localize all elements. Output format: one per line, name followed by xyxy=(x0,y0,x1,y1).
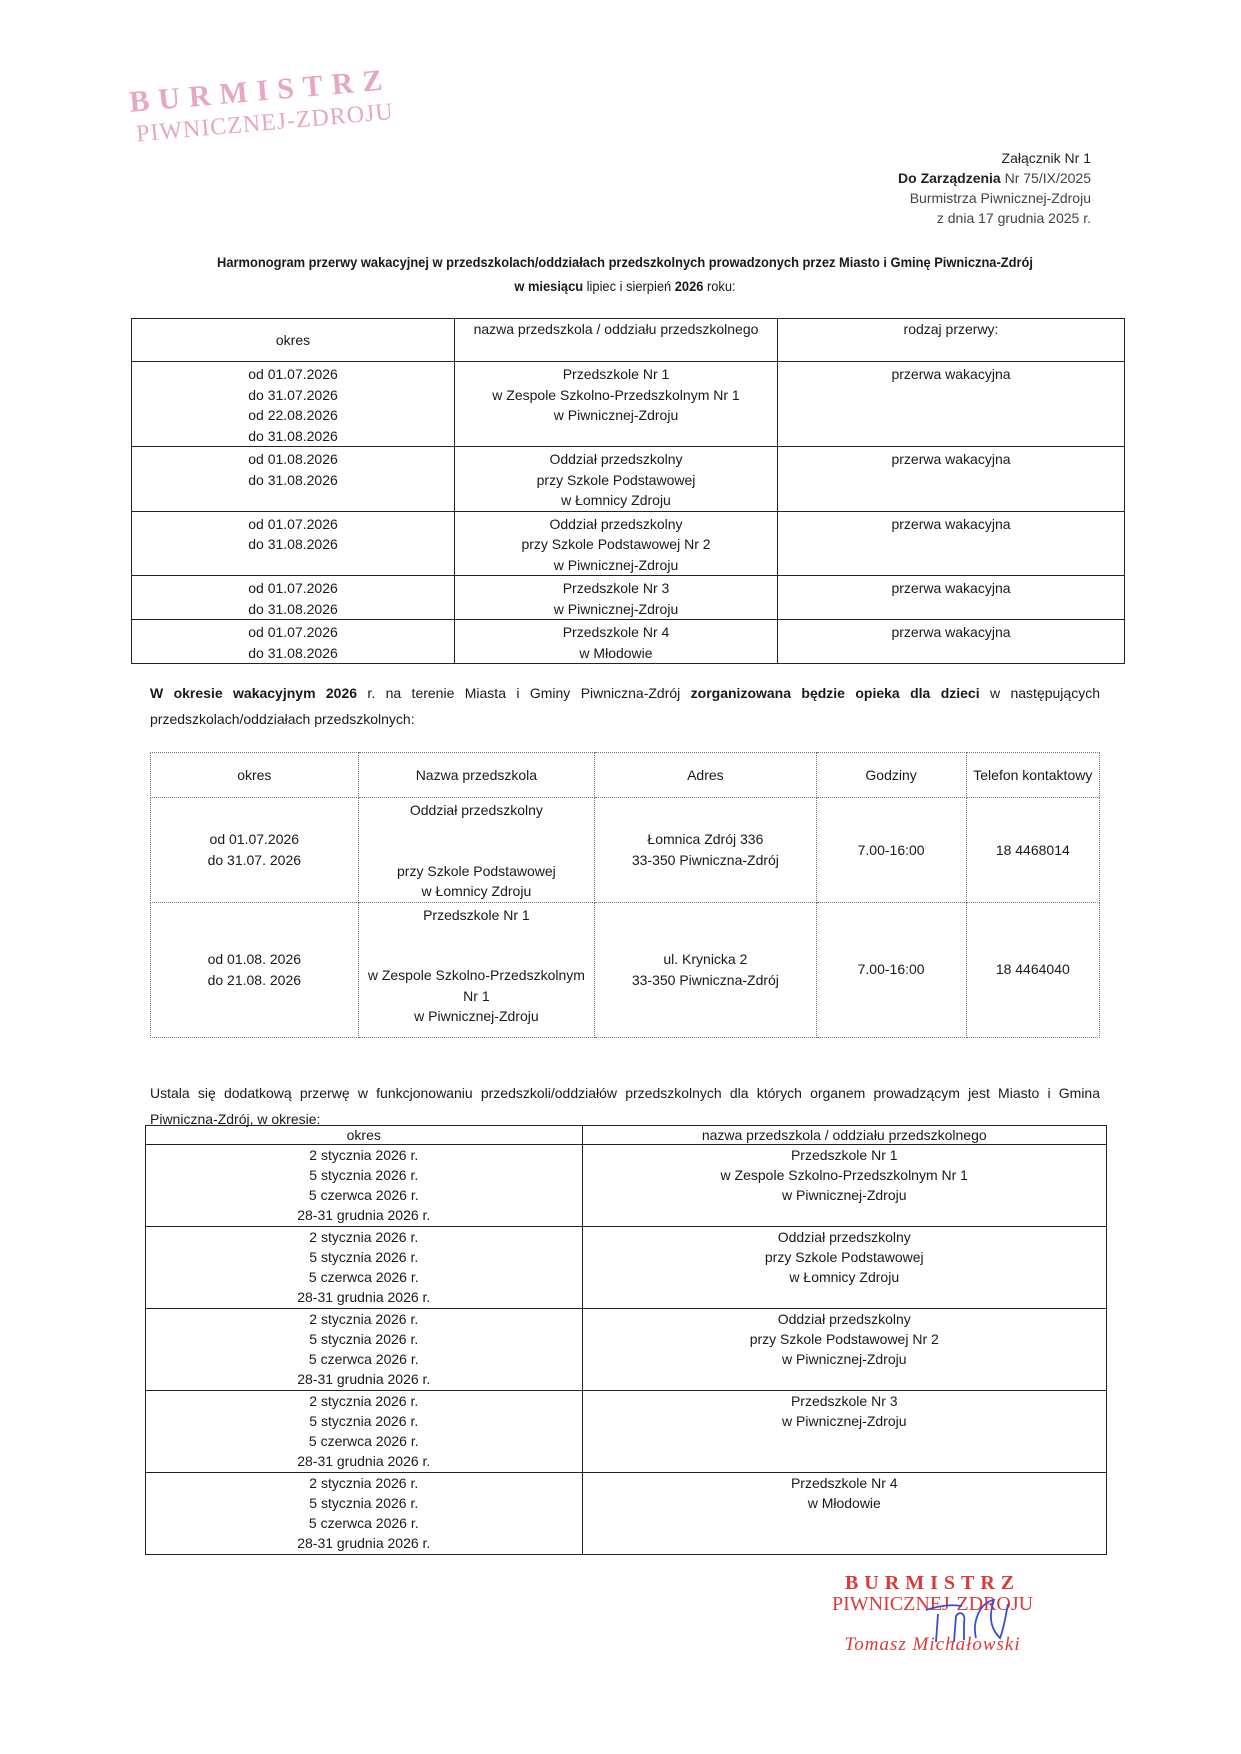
period-line: 2 stycznia 2026 r. xyxy=(146,1145,582,1165)
name-cell: Przedszkole Nr 1w Zespole Szkolno-Przeds… xyxy=(582,1145,1106,1227)
issue-date: z dnia 17 grudnia 2025 r. xyxy=(898,208,1091,228)
name-line: Przedszkole Nr 1 xyxy=(455,364,777,385)
title-line-2: w miesiącu lipiec i sierpień 2026 roku: xyxy=(170,274,1081,298)
name-line: Oddział przedszkolny xyxy=(583,1227,1106,1247)
table-row: 2 stycznia 2026 r.5 stycznia 2026 r.5 cz… xyxy=(146,1391,1107,1473)
period-line: 28-31 grudnia 2026 r. xyxy=(146,1451,582,1471)
period-cell: od 01.07.2026do 31.07.2026od 22.08.2026d… xyxy=(132,362,455,447)
name-cell: Oddział przedszkolny przy Szkole Podstaw… xyxy=(358,798,595,903)
name-line: Nr 1 xyxy=(359,986,595,1007)
period-line: 5 czerwca 2026 r. xyxy=(146,1431,582,1451)
table-row: od 01.07.2026do 31.07.2026od 22.08.2026d… xyxy=(132,362,1125,447)
table-row: od 01.07.2026do 31.08.2026 Oddział przed… xyxy=(132,511,1125,576)
period-line: 5 stycznia 2026 r. xyxy=(146,1411,582,1431)
period-line: 5 stycznia 2026 r. xyxy=(146,1329,582,1349)
break-type: przerwa wakacyjna xyxy=(778,622,1124,643)
title-line-1: Harmonogram przerwy wakacyjnej w przedsz… xyxy=(170,250,1081,274)
period-cell: od 01.07.2026do 31.08.2026 xyxy=(132,576,455,620)
hours: 7.00-16:00 xyxy=(817,959,966,980)
attachment-header: Załącznik Nr 1 Do Zarządzenia Nr 75/IX/2… xyxy=(898,148,1091,228)
table-row: 2 stycznia 2026 r.5 stycznia 2026 r.5 cz… xyxy=(146,1473,1107,1555)
period-line: 2 stycznia 2026 r. xyxy=(146,1227,582,1247)
period-line: 5 stycznia 2026 r. xyxy=(146,1493,582,1513)
table-row: 2 stycznia 2026 r.5 stycznia 2026 r.5 cz… xyxy=(146,1145,1107,1227)
hours: 7.00-16:00 xyxy=(817,840,966,861)
column-header-period: okres xyxy=(151,753,359,798)
name-line: w Zespole Szkolno-Przedszkolnym xyxy=(359,965,595,986)
name-line: w Piwnicznej-Zdroju xyxy=(583,1349,1106,1369)
period-line: 28-31 grudnia 2026 r. xyxy=(146,1287,582,1307)
hours-cell: 7.00-16:00 xyxy=(816,798,966,903)
period-line: od 01.07.2026 xyxy=(132,578,454,599)
address-cell: Łomnica Zdrój 33633-350 Piwniczna-Zdrój xyxy=(595,798,816,903)
period-cell: 2 stycznia 2026 r.5 stycznia 2026 r.5 cz… xyxy=(146,1473,583,1555)
period-line: 5 czerwca 2026 r. xyxy=(146,1267,582,1287)
name-cell: Oddział przedszkolnyprzy Szkole Podstawo… xyxy=(582,1227,1106,1309)
column-header-address: Adres xyxy=(595,753,816,798)
break-type-cell: przerwa wakacyjna xyxy=(778,620,1125,664)
period-cell: od 01.07.2026do 31.08.2026 xyxy=(132,511,455,576)
name-line: Przedszkole Nr 1 xyxy=(359,905,595,926)
name-line: przy Szkole Podstawowej xyxy=(359,861,595,882)
period-line: od 01.08. 2026 xyxy=(151,949,358,970)
name-cell: Przedszkole Nr 4w Młodowie xyxy=(582,1473,1106,1555)
period-line: do 21.08. 2026 xyxy=(151,970,358,991)
summer-care-table: okres Nazwa przedszkola Adres Godziny Te… xyxy=(150,752,1100,1038)
address-line: ul. Krynicka 2 xyxy=(595,949,815,970)
period-line: do 31.08.2026 xyxy=(132,470,454,491)
phone-cell: 18 4464040 xyxy=(966,902,1099,1037)
hours-cell: 7.00-16:00 xyxy=(816,902,966,1037)
name-line: w Piwnicznej-Zdroju xyxy=(359,1006,595,1027)
period-line: do 31.07.2026 xyxy=(132,385,454,406)
table-header-row: okres nazwa przedszkola / oddziału przed… xyxy=(146,1126,1107,1145)
name-line: przy Szkole Podstawowej xyxy=(455,470,777,491)
period-cell: 2 stycznia 2026 r.5 stycznia 2026 r.5 cz… xyxy=(146,1309,583,1391)
period-line: 28-31 grudnia 2026 r. xyxy=(146,1205,582,1225)
column-header-phone: Telefon kontaktowy xyxy=(966,753,1099,798)
table-row: od 01.08. 2026do 21.08. 2026 Przedszkole… xyxy=(151,902,1100,1037)
break-type: przerwa wakacyjna xyxy=(778,514,1124,535)
issuer: Burmistrza Piwnicznej-Zdroju xyxy=(898,188,1091,208)
name-line: w Łomnicy Zdroju xyxy=(359,881,595,902)
column-header-period: okres xyxy=(146,1126,583,1145)
period-line: 5 stycznia 2026 r. xyxy=(146,1247,582,1267)
period-cell: 2 stycznia 2026 r.5 stycznia 2026 r.5 cz… xyxy=(146,1227,583,1309)
name-line: w Piwnicznej-Zdroju xyxy=(455,555,777,576)
period-line: 2 stycznia 2026 r. xyxy=(146,1309,582,1329)
name-line: w Łomnicy Zdroju xyxy=(455,490,777,511)
ordinance-reference: Do Zarządzenia Nr 75/IX/2025 xyxy=(898,168,1091,188)
column-header-hours: Godziny xyxy=(816,753,966,798)
name-line: w Łomnicy Zdroju xyxy=(583,1267,1106,1287)
period-cell: od 01.08.2026do 31.08.2026 xyxy=(132,447,455,512)
name-line: Oddział przedszkolny xyxy=(455,514,777,535)
period-cell: od 01.07.2026do 31.08.2026 xyxy=(132,620,455,664)
name-line: Przedszkole Nr 3 xyxy=(583,1391,1106,1411)
burmistrz-stamp-top: BURMISTRZ PIWNICZNEJ-ZDROJU xyxy=(128,63,395,149)
period-line: do 31.08.2026 xyxy=(132,599,454,620)
address-line: Łomnica Zdrój 336 xyxy=(595,829,815,850)
handwritten-signature-icon xyxy=(920,1592,1030,1652)
period-cell: 2 stycznia 2026 r.5 stycznia 2026 r.5 cz… xyxy=(146,1391,583,1473)
column-header-break-type: rodzaj przerwy: xyxy=(778,319,1125,362)
name-cell: Przedszkole Nr 4w Młodowie xyxy=(455,620,778,664)
care-organization-paragraph: W okresie wakacyjnym 2026 r. na terenie … xyxy=(150,680,1100,732)
period-line: 2 stycznia 2026 r. xyxy=(146,1473,582,1493)
period-line: od 01.07.2026 xyxy=(132,622,454,643)
name-line: Oddział przedszkolny xyxy=(583,1309,1106,1329)
break-type-cell: przerwa wakacyjna xyxy=(778,576,1125,620)
period-line: 5 czerwca 2026 r. xyxy=(146,1513,582,1533)
additional-break-table: okres nazwa przedszkola / oddziału przed… xyxy=(145,1125,1107,1555)
column-header-period: okres xyxy=(132,319,455,362)
period-line: 5 czerwca 2026 r. xyxy=(146,1185,582,1205)
period-line: 5 stycznia 2026 r. xyxy=(146,1165,582,1185)
address-line: 33-350 Piwniczna-Zdrój xyxy=(595,970,815,991)
phone-number: 18 4464040 xyxy=(967,959,1099,980)
period-cell: od 01.08. 2026do 21.08. 2026 xyxy=(151,902,359,1037)
period-cell: od 01.07.2026do 31.07. 2026 xyxy=(151,798,359,903)
period-line: 28-31 grudnia 2026 r. xyxy=(146,1369,582,1389)
table-header-row: okres nazwa przedszkola / oddziału przed… xyxy=(132,319,1125,362)
name-line: w Piwnicznej-Zdroju xyxy=(583,1411,1106,1431)
column-header-name: nazwa przedszkola / oddziału przedszkoln… xyxy=(455,319,778,362)
name-line: Przedszkole Nr 4 xyxy=(455,622,777,643)
name-cell: Przedszkole Nr 3w Piwnicznej-Zdroju xyxy=(582,1391,1106,1473)
name-cell: Przedszkole Nr 1 w Zespole Szkolno-Przed… xyxy=(358,902,595,1037)
name-line: w Młodowie xyxy=(455,643,777,664)
name-line: przy Szkole Podstawowej Nr 2 xyxy=(455,534,777,555)
period-line: od 22.08.2026 xyxy=(132,405,454,426)
period-line: 28-31 grudnia 2026 r. xyxy=(146,1533,582,1553)
name-line: w Piwnicznej-Zdroju xyxy=(455,405,777,426)
period-line: od 01.07.2026 xyxy=(151,829,358,850)
break-type: przerwa wakacyjna xyxy=(778,364,1124,385)
phone-cell: 18 4468014 xyxy=(966,798,1099,903)
name-cell: Oddział przedszkolnyprzy Szkole Podstawo… xyxy=(582,1309,1106,1391)
name-line: w Piwnicznej-Zdroju xyxy=(583,1185,1106,1205)
period-line: od 01.08.2026 xyxy=(132,449,454,470)
period-line: od 01.07.2026 xyxy=(132,364,454,385)
period-line: do 31.08.2026 xyxy=(132,534,454,555)
document-title: Harmonogram przerwy wakacyjnej w przedsz… xyxy=(170,250,1081,298)
break-type-cell: przerwa wakacyjna xyxy=(778,511,1125,576)
break-type: przerwa wakacyjna xyxy=(778,578,1124,599)
name-cell: Oddział przedszkolnyprzy Szkole Podstawo… xyxy=(455,447,778,512)
column-header-name: Nazwa przedszkola xyxy=(358,753,595,798)
break-type-cell: przerwa wakacyjna xyxy=(778,447,1125,512)
table-row: od 01.07.2026do 31.08.2026 Przedszkole N… xyxy=(132,576,1125,620)
table-header-row: okres Nazwa przedszkola Adres Godziny Te… xyxy=(151,753,1100,798)
period-line: od 01.07.2026 xyxy=(132,514,454,535)
period-cell: 2 stycznia 2026 r.5 stycznia 2026 r.5 cz… xyxy=(146,1145,583,1227)
attachment-number: Załącznik Nr 1 xyxy=(898,148,1091,168)
period-line: do 31.07. 2026 xyxy=(151,850,358,871)
break-type-cell: przerwa wakacyjna xyxy=(778,362,1125,447)
name-cell: Przedszkole Nr 1w Zespole Szkolno-Przeds… xyxy=(455,362,778,447)
period-line: do 31.08.2026 xyxy=(132,643,454,664)
name-line: w Zespole Szkolno-Przedszkolnym Nr 1 xyxy=(583,1165,1106,1185)
name-line: przy Szkole Podstawowej xyxy=(583,1247,1106,1267)
period-line: 2 stycznia 2026 r. xyxy=(146,1391,582,1411)
summer-break-schedule-table: okres nazwa przedszkola / oddziału przed… xyxy=(131,318,1125,664)
address-cell: ul. Krynicka 233-350 Piwniczna-Zdrój xyxy=(595,902,816,1037)
name-line: Oddział przedszkolny xyxy=(455,449,777,470)
table-row: 2 stycznia 2026 r.5 stycznia 2026 r.5 cz… xyxy=(146,1227,1107,1309)
table-row: 2 stycznia 2026 r.5 stycznia 2026 r.5 cz… xyxy=(146,1309,1107,1391)
name-line: Oddział przedszkolny xyxy=(359,800,595,821)
table-row: od 01.07.2026do 31.07. 2026 Oddział prze… xyxy=(151,798,1100,903)
name-line: Przedszkole Nr 1 xyxy=(583,1145,1106,1165)
period-line: 5 czerwca 2026 r. xyxy=(146,1349,582,1369)
name-line: Przedszkole Nr 4 xyxy=(583,1473,1106,1493)
name-line: w Młodowie xyxy=(583,1493,1106,1513)
name-line: Przedszkole Nr 3 xyxy=(455,578,777,599)
table-row: od 01.07.2026do 31.08.2026 Przedszkole N… xyxy=(132,620,1125,664)
phone-number: 18 4468014 xyxy=(967,840,1099,861)
period-line: do 31.08.2026 xyxy=(132,426,454,447)
table-row: od 01.08.2026do 31.08.2026 Oddział przed… xyxy=(132,447,1125,512)
break-type: przerwa wakacyjna xyxy=(778,449,1124,470)
name-line: przy Szkole Podstawowej Nr 2 xyxy=(583,1329,1106,1349)
address-line: 33-350 Piwniczna-Zdrój xyxy=(595,850,815,871)
name-cell: Oddział przedszkolnyprzy Szkole Podstawo… xyxy=(455,511,778,576)
name-cell: Przedszkole Nr 3w Piwnicznej-Zdroju xyxy=(455,576,778,620)
name-line: w Piwnicznej-Zdroju xyxy=(455,599,777,620)
column-header-name: nazwa przedszkola / oddziału przedszkoln… xyxy=(582,1126,1106,1145)
name-line: w Zespole Szkolno-Przedszkolnym Nr 1 xyxy=(455,385,777,406)
